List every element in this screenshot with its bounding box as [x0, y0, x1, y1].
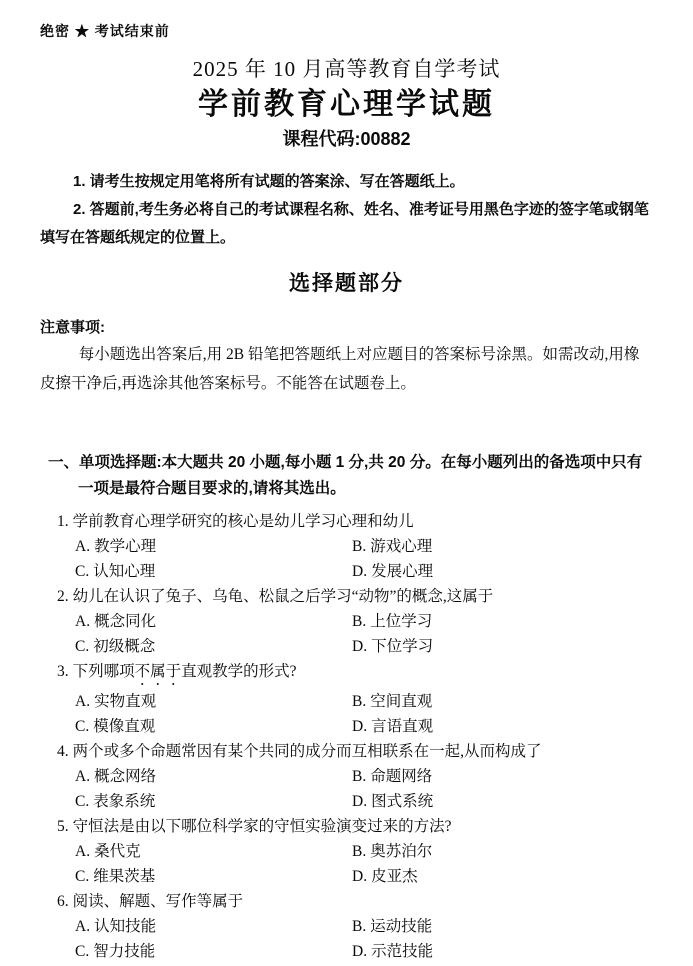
answer-option: B.命题网络	[352, 764, 653, 789]
option-text: 图式系统	[371, 793, 433, 810]
answer-option: B.游戏心理	[352, 534, 653, 559]
option-label: D.	[352, 943, 367, 960]
answer-option: D.皮亚杰	[352, 864, 653, 889]
instruction-item-2: 2. 答题前,考生务必将自己的考试课程名称、姓名、准考证号用黑色字迹的签字笔或钢…	[40, 196, 653, 252]
answer-option: B.空间直观	[352, 689, 653, 714]
option-text: 智力技能	[93, 943, 155, 960]
answer-option: B.运动技能	[352, 914, 653, 939]
question-text: 守恒法是由以下哪位科学家的守恒实验演变过来的方法?	[73, 818, 452, 835]
option-text: 概念同化	[94, 613, 156, 630]
answer-option: A.认知技能	[75, 914, 352, 939]
course-code: 课程代码:00882	[40, 126, 653, 152]
answer-option: A.概念网络	[75, 764, 352, 789]
question-text: 两个或多个命题常因有某个共同的成分而互相联系在一起,从而构成了	[73, 743, 542, 760]
option-text: 运动技能	[370, 918, 432, 935]
answer-option: D.图式系统	[352, 789, 653, 814]
option-label: C.	[75, 638, 89, 655]
question: 1.学前教育心理学研究的核心是幼儿学习心理和幼儿 A.教学心理 B.游戏心理 C…	[40, 509, 653, 584]
question: 3.下列哪项不属于直观教学的形式? A.实物直观 B.空间直观 C.模像直观 D…	[40, 659, 653, 739]
answer-option: B.上位学习	[352, 609, 653, 634]
answer-option: D.示范技能	[352, 939, 653, 964]
option-text: 教学心理	[94, 538, 156, 555]
option-label: D.	[352, 793, 367, 810]
answer-option: D.下位学习	[352, 634, 653, 659]
answer-option: D.发展心理	[352, 559, 653, 584]
option-text: 概念网络	[94, 768, 156, 785]
part-one-heading: 一、单项选择题:本大题共 20 小题,每小题 1 分,共 20 分。在每小题列出…	[40, 450, 653, 502]
option-label: D.	[352, 563, 367, 580]
answer-option: A.概念同化	[75, 609, 352, 634]
question-text: 下列哪项不属于直观教学的形式?	[73, 663, 297, 680]
answer-option: A.桑代克	[75, 839, 352, 864]
question-stem: 1.学前教育心理学研究的核心是幼儿学习心理和幼儿	[40, 509, 653, 534]
option-label: D.	[352, 718, 367, 735]
option-label: C.	[75, 868, 89, 885]
answer-option: C.表象系统	[75, 789, 352, 814]
section-title: 选择题部分	[40, 269, 653, 299]
question-number: 3.	[57, 663, 69, 680]
option-label: C.	[75, 563, 89, 580]
question-stem: 3.下列哪项不属于直观教学的形式?	[40, 659, 653, 689]
question-options: A.教学心理 B.游戏心理 C.认知心理 D.发展心理	[40, 534, 653, 584]
exam-paper-page: 绝密 ★ 考试结束前 2025 年 10 月高等教育自学考试 学前教育心理学试题…	[0, 0, 693, 966]
answer-option: B.奥苏泊尔	[352, 839, 653, 864]
option-label: A.	[75, 768, 90, 785]
option-text: 上位学习	[370, 613, 432, 630]
notice-block: 注意事项: 每小题选出答案后,用 2B 铅笔把答题纸上对应题目的答案标号涂黑。如…	[40, 316, 653, 398]
question-options: A.概念同化 B.上位学习 C.初级概念 D.下位学习	[40, 609, 653, 659]
question-text: 学前教育心理学研究的核心是幼儿学习心理和幼儿	[73, 513, 414, 530]
option-label: B.	[352, 613, 366, 630]
question: 6.阅读、解题、写作等属于 A.认知技能 B.运动技能 C.智力技能 D.示范技…	[40, 889, 653, 964]
option-text: 实物直观	[94, 693, 156, 710]
option-text: 表象系统	[93, 793, 155, 810]
question-options: A.认知技能 B.运动技能 C.智力技能 D.示范技能	[40, 914, 653, 964]
option-text: 认知心理	[93, 563, 155, 580]
option-text: 桑代克	[94, 843, 141, 860]
option-label: A.	[75, 693, 90, 710]
option-text: 言语直观	[371, 718, 433, 735]
question-options: A.概念网络 B.命题网络 C.表象系统 D.图式系统	[40, 764, 653, 814]
option-text: 命题网络	[370, 768, 432, 785]
answer-option: C.模像直观	[75, 714, 352, 739]
answer-option: C.认知心理	[75, 559, 352, 584]
option-label: C.	[75, 718, 89, 735]
classification-banner: 绝密 ★ 考试结束前	[40, 22, 653, 40]
option-text: 空间直观	[370, 693, 432, 710]
answer-option: A.实物直观	[75, 689, 352, 714]
question-number: 1.	[57, 513, 69, 530]
question: 4.两个或多个命题常因有某个共同的成分而互相联系在一起,从而构成了 A.概念网络…	[40, 739, 653, 814]
option-label: C.	[75, 943, 89, 960]
option-label: A.	[75, 918, 90, 935]
question-stem: 2.幼儿在认识了兔子、乌龟、松鼠之后学习“动物”的概念,这属于	[40, 584, 653, 609]
answer-option: C.初级概念	[75, 634, 352, 659]
general-instructions: 1. 请考生按规定用笔将所有试题的答案涂、写在答题纸上。 2. 答题前,考生务必…	[40, 168, 653, 252]
option-label: B.	[352, 768, 366, 785]
option-label: A.	[75, 613, 90, 630]
option-label: B.	[352, 693, 366, 710]
option-label: B.	[352, 918, 366, 935]
notice-body: 每小题选出答案后,用 2B 铅笔把答题纸上对应题目的答案标号涂黑。如需改动,用橡…	[40, 340, 653, 398]
option-text: 示范技能	[371, 943, 433, 960]
question-list: 1.学前教育心理学研究的核心是幼儿学习心理和幼儿 A.教学心理 B.游戏心理 C…	[40, 509, 653, 964]
option-text: 模像直观	[93, 718, 155, 735]
question-number: 6.	[57, 893, 69, 910]
option-label: C.	[75, 793, 89, 810]
question-text: 阅读、解题、写作等属于	[73, 893, 244, 910]
answer-option: D.言语直观	[352, 714, 653, 739]
option-text: 下位学习	[371, 638, 433, 655]
option-text: 奥苏泊尔	[370, 843, 432, 860]
option-label: A.	[75, 843, 90, 860]
question-stem: 5.守恒法是由以下哪位科学家的守恒实验演变过来的方法?	[40, 814, 653, 839]
question-number: 5.	[57, 818, 69, 835]
option-text: 认知技能	[94, 918, 156, 935]
question-text: 幼儿在认识了兔子、乌龟、松鼠之后学习“动物”的概念,这属于	[73, 588, 494, 605]
option-text: 游戏心理	[370, 538, 432, 555]
answer-option: C.智力技能	[75, 939, 352, 964]
exam-session-line: 2025 年 10 月高等教育自学考试	[40, 55, 653, 83]
question: 2.幼儿在认识了兔子、乌龟、松鼠之后学习“动物”的概念,这属于 A.概念同化 B…	[40, 584, 653, 659]
instruction-item-1: 1. 请考生按规定用笔将所有试题的答案涂、写在答题纸上。	[40, 168, 653, 196]
option-text: 皮亚杰	[371, 868, 418, 885]
option-label: A.	[75, 538, 90, 555]
notice-heading: 注意事项:	[40, 316, 653, 340]
question-number: 4.	[57, 743, 69, 760]
question-stem: 6.阅读、解题、写作等属于	[40, 889, 653, 914]
option-label: B.	[352, 538, 366, 555]
question-stem: 4.两个或多个命题常因有某个共同的成分而互相联系在一起,从而构成了	[40, 739, 653, 764]
option-text: 初级概念	[93, 638, 155, 655]
question: 5.守恒法是由以下哪位科学家的守恒实验演变过来的方法? A.桑代克 B.奥苏泊尔…	[40, 814, 653, 889]
option-label: D.	[352, 868, 367, 885]
answer-option: C.维果茨基	[75, 864, 352, 889]
option-text: 维果茨基	[93, 868, 155, 885]
question-options: A.桑代克 B.奥苏泊尔 C.维果茨基 D.皮亚杰	[40, 839, 653, 889]
option-label: D.	[352, 638, 367, 655]
answer-option: A.教学心理	[75, 534, 352, 559]
question-options: A.实物直观 B.空间直观 C.模像直观 D.言语直观	[40, 689, 653, 739]
option-text: 发展心理	[371, 563, 433, 580]
question-number: 2.	[57, 588, 69, 605]
page-title: 学前教育心理学试题	[40, 86, 653, 124]
option-label: B.	[352, 843, 366, 860]
